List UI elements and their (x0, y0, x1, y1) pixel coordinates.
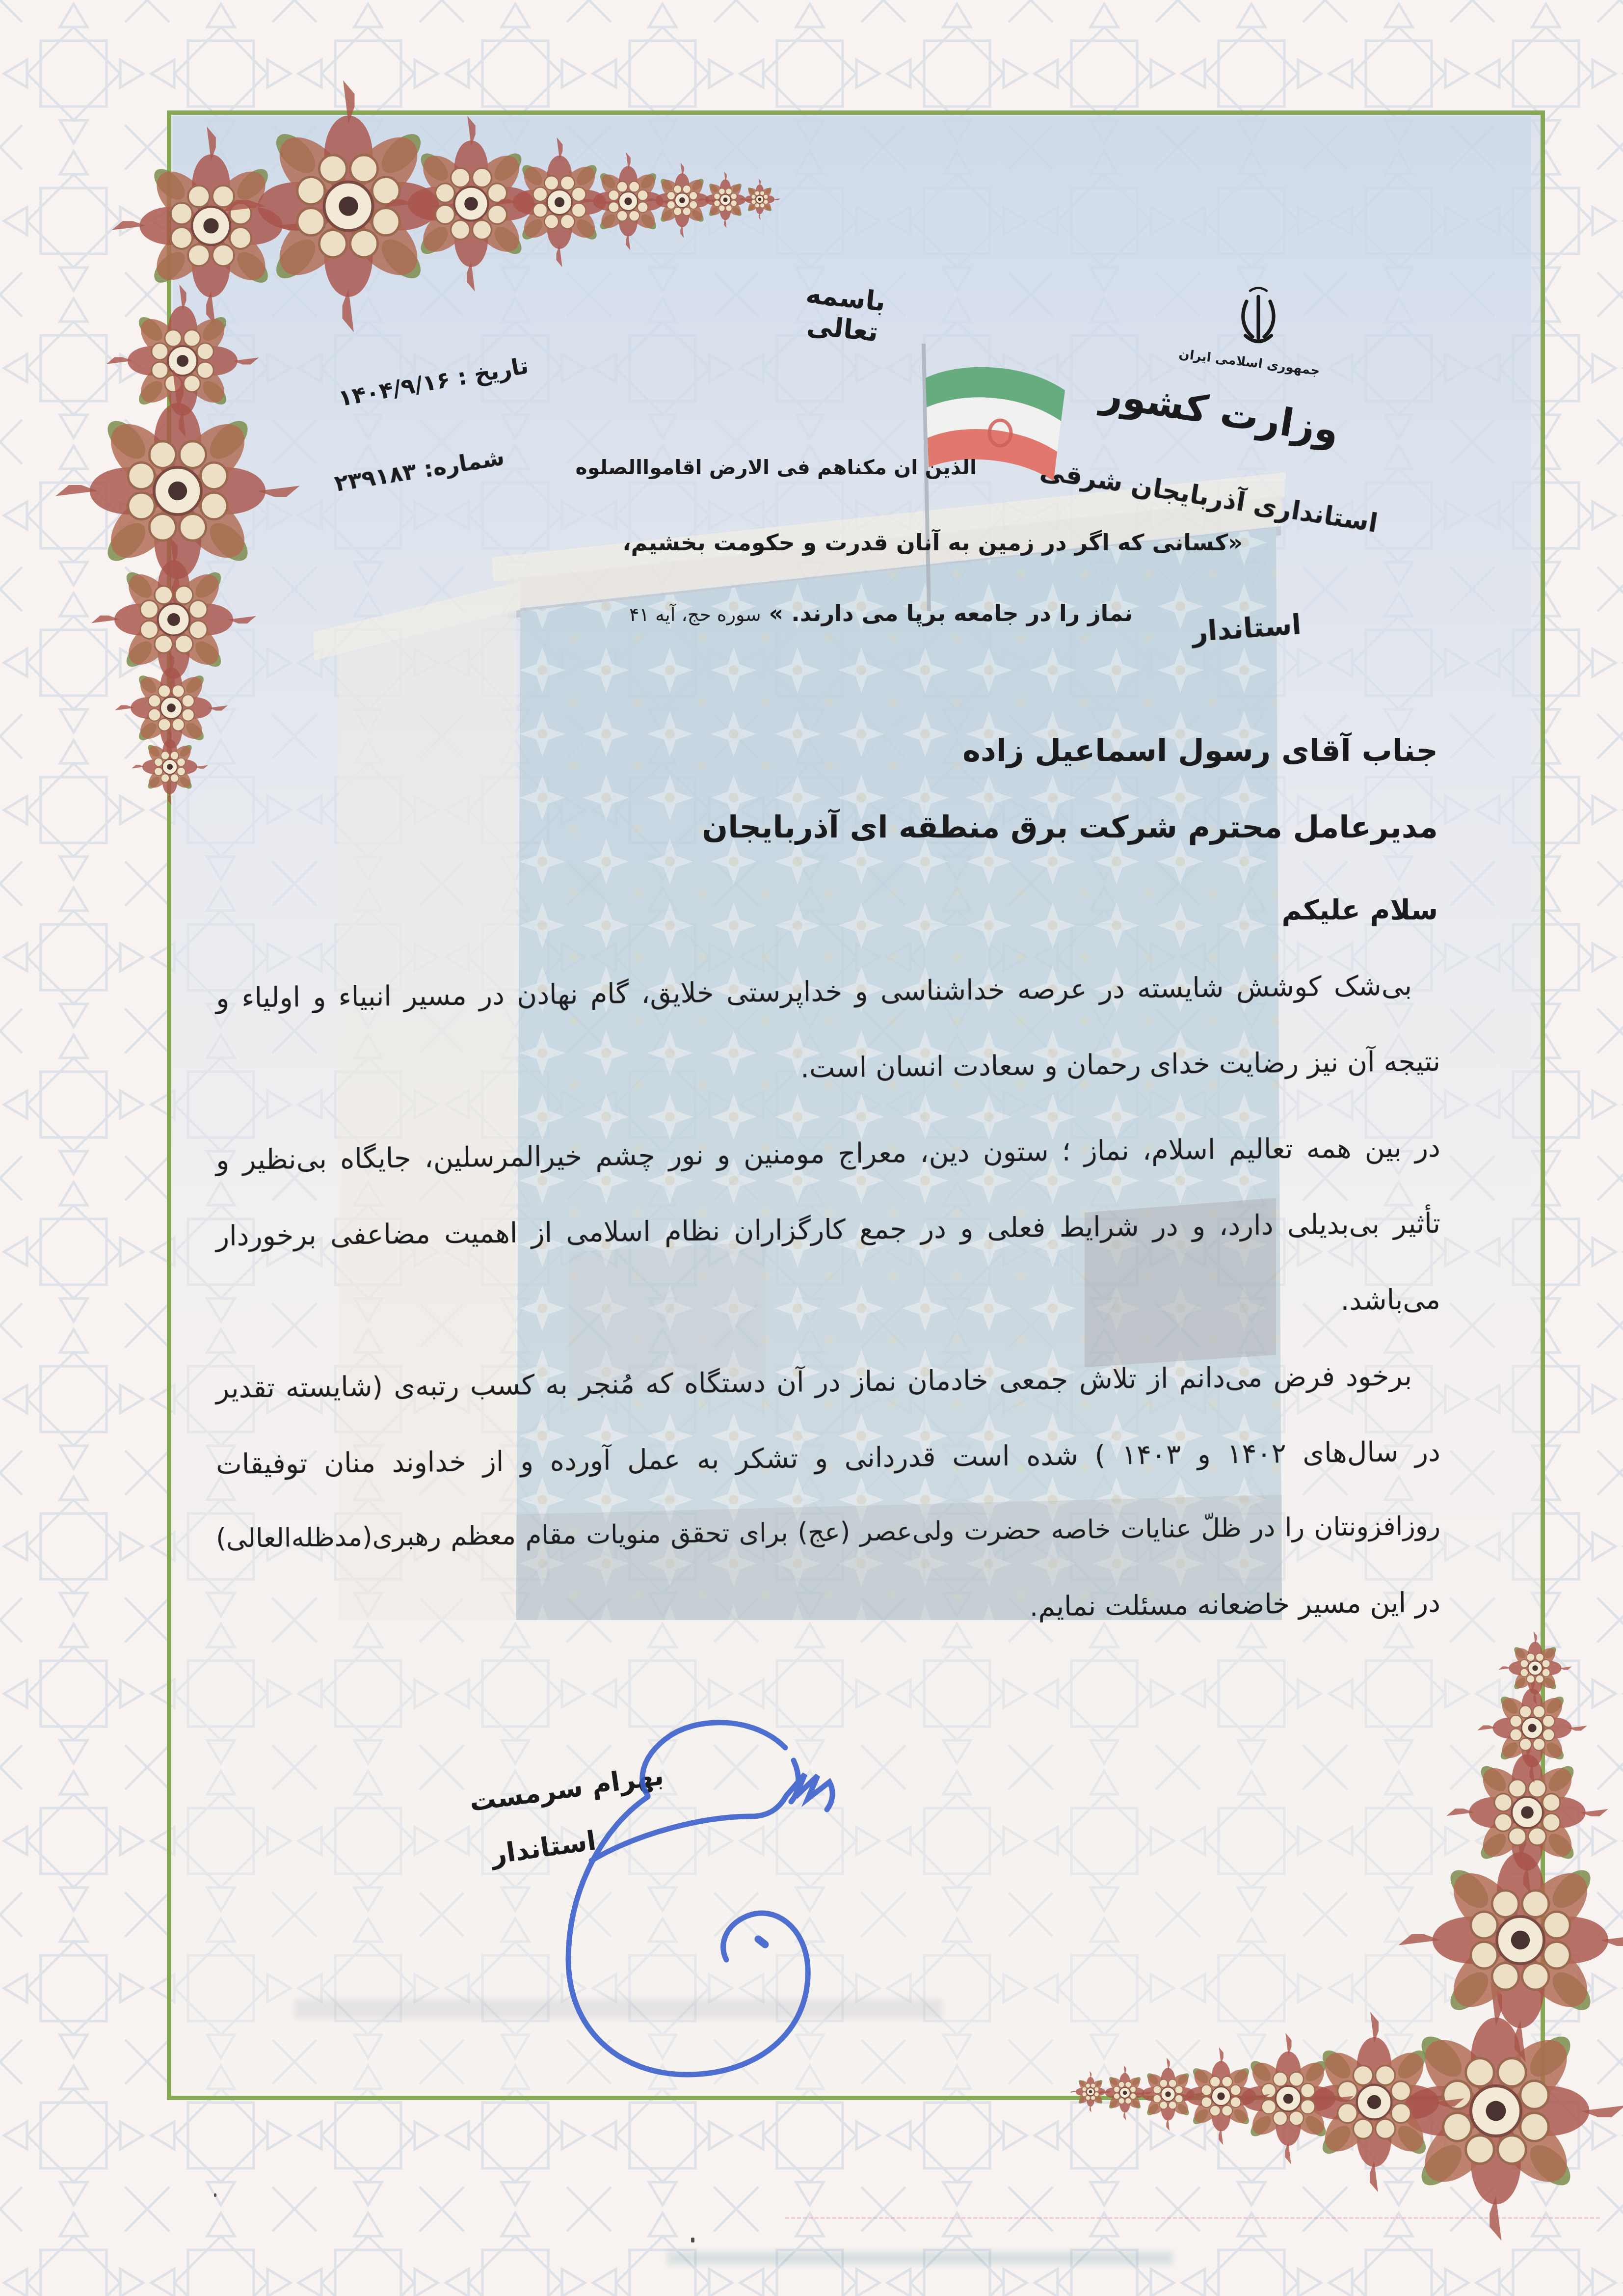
scan-speck (691, 2238, 694, 2242)
bleedthrough-smudge (294, 1999, 942, 2019)
verse-translation-line2: نماز را در جامعه برپا می دارند. » سوره ح… (555, 600, 1207, 626)
recipient-name: جناب آقای رسول اسماعیل زاده (962, 732, 1438, 768)
scan-speck (214, 2193, 216, 2197)
verse-translation-end: نماز را در جامعه برپا می دارند. » (769, 600, 1133, 626)
recipient-title: مدیرعامل محترم شرکت برق منطقه ای آذربایج… (702, 809, 1438, 845)
verse-arabic: الذین ان مکناهم فی الارض اقامواالصلوه (613, 456, 977, 479)
iri-emblem-icon (1229, 284, 1288, 357)
salutation: سلام علیکم (1281, 894, 1438, 926)
verse-translation-line1: «کسانی که اگر در زمین به آنان قدرت و حکو… (555, 529, 1310, 556)
perforation-marks (785, 2217, 1600, 2219)
bismillah-calligraphy: باسمه تعالی (777, 276, 911, 351)
bleedthrough-smudge (667, 2251, 1173, 2265)
scanned-letter-page: باسمه تعالی جمهوری اسلامی ایران وزارت کش… (0, 0, 1623, 2296)
verse-source: سوره حج، آیه ۴۱ (629, 604, 761, 625)
